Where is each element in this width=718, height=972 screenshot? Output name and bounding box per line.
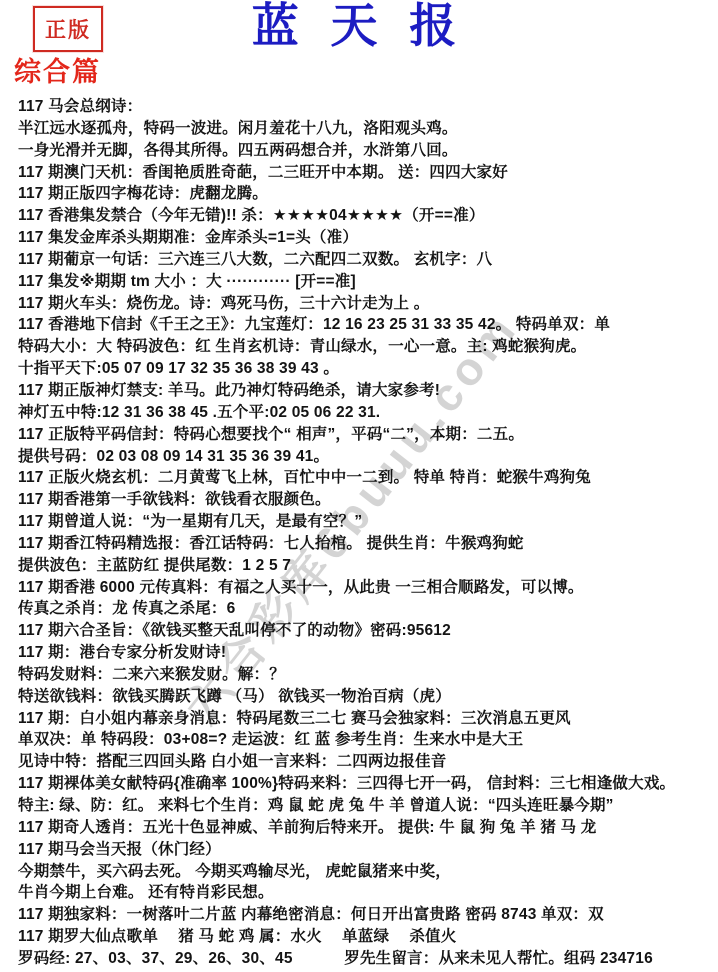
text-line: 特主: 绿、防：红。 来料七个生肖：鸡 鼠 蛇 虎 兔 牛 羊 曾道人说：“四头…: [18, 795, 712, 817]
text-line: 117 期火车头：烧伤龙。诗：鸡死马伤，三十六计走为上 。: [18, 293, 712, 315]
text-line: 十指平天下:05 07 09 17 32 35 36 38 39 43 。: [18, 358, 712, 380]
text-line: 特码大小：大 特码波色：红 生肖玄机诗：青山绿水，一心一意。主: 鸡蛇猴狗虎。: [18, 336, 712, 358]
text-line: 117 正版火烧玄机：二月黄莺飞上林，百忙中中一二到。 特单 特肖：蛇猴牛鸡狗兔: [18, 467, 712, 489]
text-line: 单双决：单 特码段：03+08=? 走运波：红 蓝 参考生肖：生来水中是大王: [18, 729, 712, 751]
text-line: 罗码经: 27、03、37、29、26、30、45 罗先生留言：从来未见人帮忙。…: [18, 948, 712, 970]
text-line: 117 期正版神灯禁支: 羊马。此乃神灯特码绝杀，请大家参考!: [18, 380, 712, 402]
text-line: 牛肖今期上台难。 还有特肖彩民想。: [18, 882, 712, 904]
text-line: 117 期葡京一句话：三六连三八大数，二六配四二双数。 玄机字：八: [18, 249, 712, 271]
text-line: 117 期六合圣旨：《欲钱买整天乱叫停不了的动物》密码:95612: [18, 620, 712, 642]
text-line: 半江远水逐孤舟，特码一波进。闲月羞花十八九，洛阳观头鸡。: [18, 118, 712, 140]
text-line: 117 集发※期期 tm 大小 ：大 ············ [开==准]: [18, 271, 712, 293]
text-line: 117 正版特平码信封：特码心想要找个“ 相声”，平码“二”，本期：二五。: [18, 424, 712, 446]
text-line: 117 香港地下信封《千王之王》：九宝莲灯：12 16 23 25 31 33 …: [18, 314, 712, 336]
genuine-stamp: 正版: [33, 6, 103, 52]
text-line: 见诗中特：搭配三四回头路 白小姐一言来料：二四两边报佳音: [18, 751, 712, 773]
text-line: 特码发财料：二来六来猴发财。解：？: [18, 664, 712, 686]
text-line: 117 香港集发禁合（今年无错)!! 杀：★★★★04★★★★（开==准）: [18, 205, 712, 227]
text-line: 117 期正版四字梅花诗：虎翻龙腾。: [18, 183, 712, 205]
text-line: 传真之杀肖：龙 传真之杀尾：6: [18, 598, 712, 620]
text-line: 117 期独家料：一树落叶二片蓝 内幕绝密消息：何日开出富贵路 密码 8743 …: [18, 904, 712, 926]
tips-text-block: 117 马会总纲诗：半江远水逐孤舟，特码一波进。闲月羞花十八九，洛阳观头鸡。一身…: [0, 96, 718, 970]
text-line: 117 期香港第一手欲钱料：欲钱看衣服颜色。: [18, 489, 712, 511]
text-line: 117 集发金库杀头期期准：金库杀头=1=头（准）: [18, 227, 712, 249]
text-line: 117 期奇人透肖：五光十色显神威、羊前狗后特来开。 提供: 牛 鼠 狗 兔 羊…: [18, 817, 712, 839]
page-title: 蓝 天 报: [0, 0, 718, 54]
text-line: 117 期曾道人说：“为一星期有几天，是最有空？”: [18, 511, 712, 533]
newspaper-page: 正版 蓝 天 报 综合篇 六合彩库6buuu.com 117 马会总纲诗：半江远…: [0, 0, 718, 972]
text-line: 今期禁牛，买六码去死。 今期买鸡输尽光， 虎蛇鼠猪来中奖，: [18, 861, 712, 883]
text-line: 117 期：白小姐内幕亲身消息：特码尾数三二七 赛马会独家料：三次消息五更风: [18, 708, 712, 730]
text-line: 神灯五中特:12 31 36 38 45 .五个平:02 05 06 22 31…: [18, 402, 712, 424]
text-line: 117 期：港台专家分析发财诗!: [18, 642, 712, 664]
text-line: 提供号码：02 03 08 09 14 31 35 36 39 41。: [18, 446, 712, 468]
section-heading: 综合篇: [14, 58, 718, 88]
text-line: 117 期香港 6000 元传真料：有福之人买十一，从此贵 一三相合顺路发，可以…: [18, 577, 712, 599]
text-line: 提供波色：主蓝防红 提供尾数：1 2 5 7: [18, 555, 712, 577]
text-line: 117 期罗大仙点歌单 猪 马 蛇 鸡 属：水火 单蓝绿 杀值火: [18, 926, 712, 948]
text-line: 117 期马会当天报（休门经）: [18, 839, 712, 861]
text-line: 117 期澳门天机：香闺艳质胜奇葩，二三旺开中本期。 送：四四大家好: [18, 162, 712, 184]
text-line: 特送欲钱料：欲钱买腾跃飞蹲 （马） 欲钱买一物治百病（虎）: [18, 686, 712, 708]
text-line: 117 期香江特码精选报：香江话特码：七人抬棺。 提供生肖：牛猴鸡狗蛇: [18, 533, 712, 555]
text-line: 117 期裸体美女献特码{准确率 100%}特码来料：三四得七开一码， 信封料：…: [18, 773, 712, 795]
text-line: 117 马会总纲诗：: [18, 96, 712, 118]
text-line: 一身光滑并无脚，各得其所得。四五两码想合并，水浒第八回。: [18, 140, 712, 162]
